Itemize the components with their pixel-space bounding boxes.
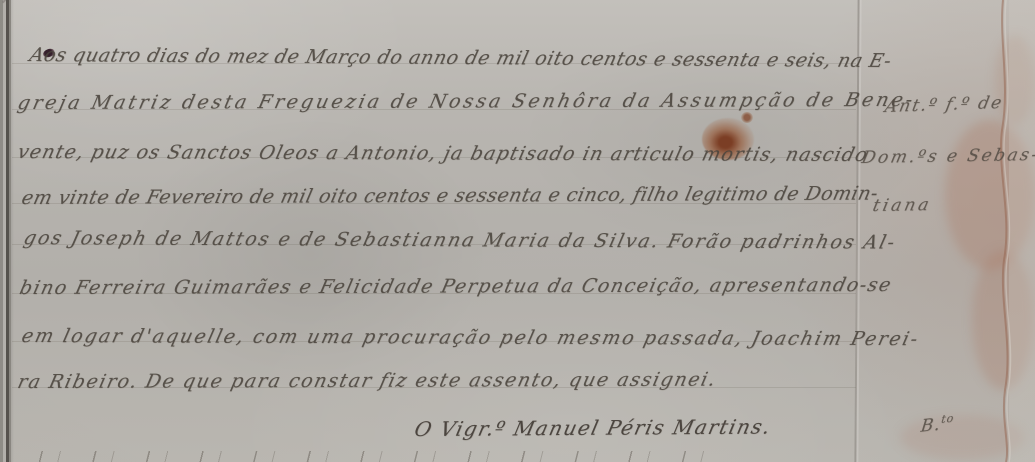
ink-rust-speck: [741, 112, 753, 123]
margin-note: Dom.ºs e Sebas-: [860, 145, 1035, 168]
margin-note: Ant.º f.º de: [883, 93, 1005, 117]
margin-abbreviation: B.to: [920, 411, 955, 437]
manuscript-line: greja Matriz desta Freguezia de Nossa Se…: [15, 89, 917, 114]
page-binding-edge: [0, 0, 14, 462]
manuscript-page: Aos quatro dias do mez de Março do anno …: [0, 0, 1035, 462]
margin-abbreviation-base: B.: [920, 414, 942, 436]
margin-note: tiana: [871, 195, 934, 216]
manuscript-line: em vinte de Fevereiro de mil oito centos…: [20, 183, 881, 210]
manuscript-line: vente, puz os Sanctos Oleos a Antonio, j…: [15, 141, 870, 166]
manuscript-line: ra Ribeiro. De que para constar fiz este…: [15, 369, 719, 393]
manuscript-line: Aos quatro dias do mez de Março do anno …: [27, 44, 894, 72]
priest-signature: O Vigr.º Manuel Péris Martins.: [412, 414, 774, 441]
next-entry-partial-line: [26, 451, 726, 462]
tear-line: [985, 0, 1035, 462]
manuscript-line: gos Joseph de Mattos e de Sebastianna Ma…: [21, 227, 898, 254]
manuscript-line: bino Ferreira Guimarães e Felicidade Per…: [17, 274, 894, 299]
margin-abbreviation-superscript: to: [941, 411, 956, 426]
manuscript-line: em logar d'aquelle, com uma procuração p…: [19, 325, 921, 350]
